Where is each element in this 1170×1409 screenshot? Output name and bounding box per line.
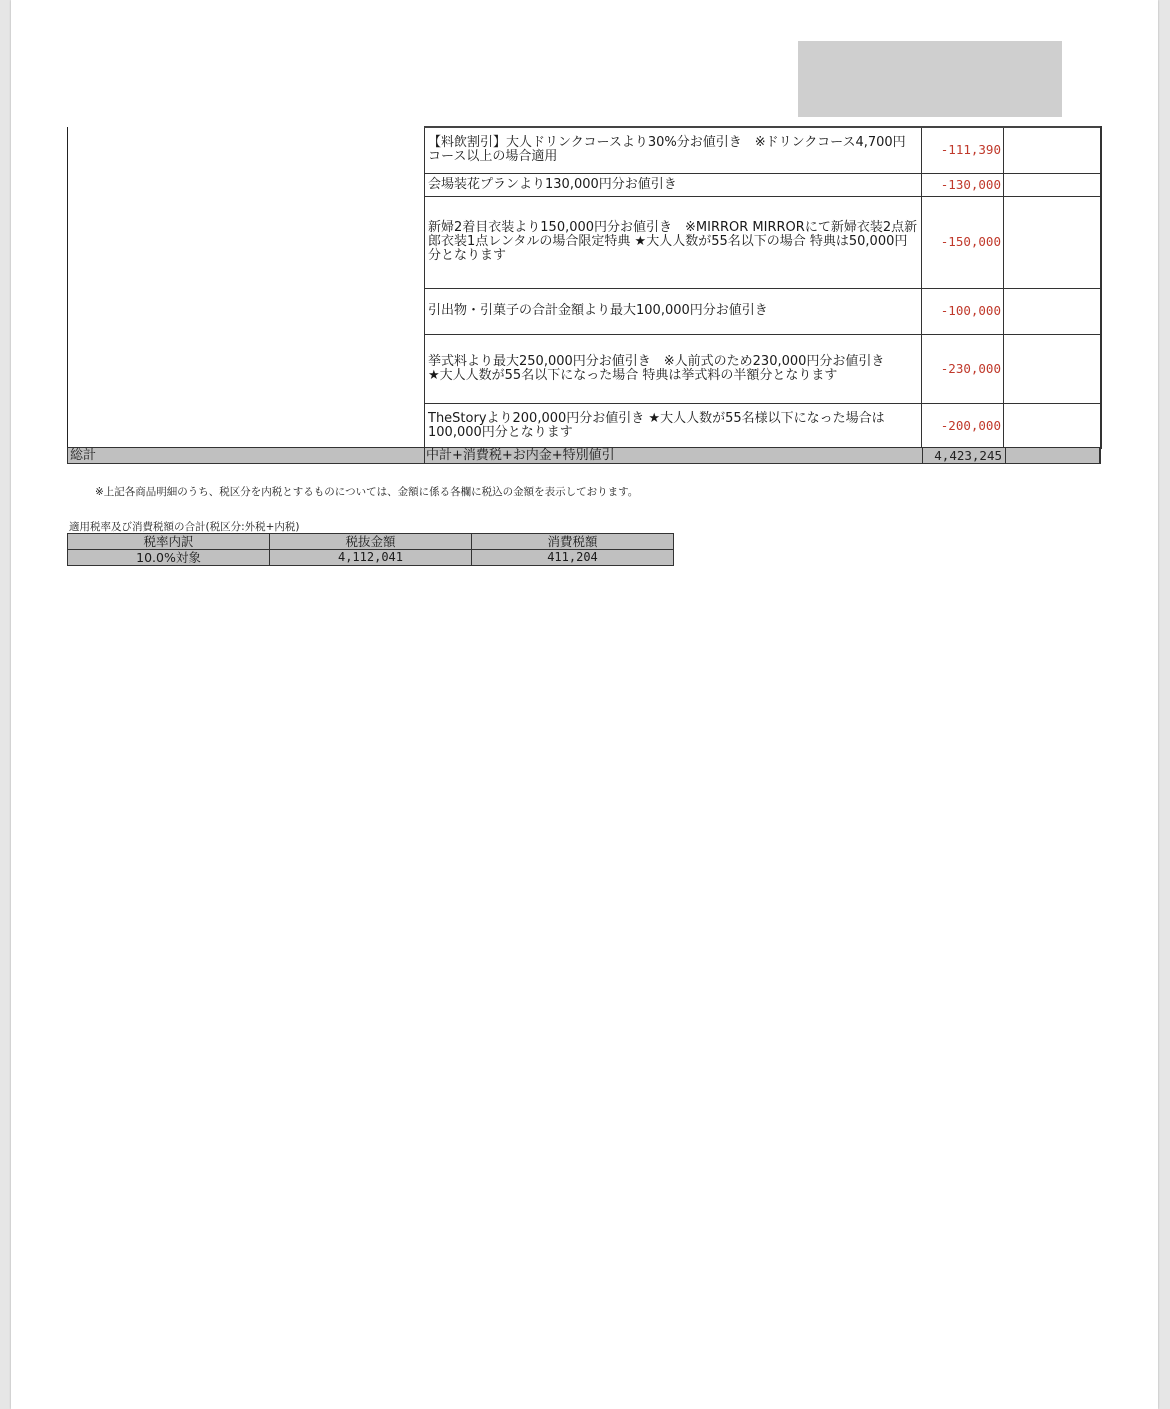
empty-cell (1004, 196, 1102, 288)
table-row: 【料飲割引】大人ドリンクコースより30%分お値引き ※ドリンクコース4,700円… (425, 127, 1102, 173)
table-left-border (67, 127, 68, 447)
discount-amount: -111,390 (922, 127, 1004, 173)
tax-rate-cell: 10.0%対象 (68, 550, 270, 566)
discount-description: 挙式料より最大250,000円分お値引き ※人前式のため230,000円分お値引… (425, 334, 922, 403)
grand-total-label: 総計 (70, 448, 96, 463)
table-row: 引出物・引菓子の合計金額より最大100,000円分お値引き -100,000 (425, 288, 1102, 334)
empty-cell (1004, 288, 1102, 334)
empty-cell (1004, 173, 1102, 196)
grand-total-value: 4,423,245 (922, 448, 1002, 463)
discount-description: 会場装花プランより130,000円分お値引き (425, 173, 922, 196)
discount-amount: -150,000 (922, 196, 1004, 288)
discount-amount: -200,000 (922, 403, 1004, 448)
discount-description: TheStoryより200,000円分お値引き ★大人人数が55名様以下になった… (425, 403, 922, 448)
redacted-area (798, 41, 1062, 117)
empty-cell (1004, 403, 1102, 448)
empty-cell (1004, 334, 1102, 403)
discount-description: 新婦2着目衣装より150,000円分お値引き ※MIRROR MIRRORにて新… (425, 196, 922, 288)
table-row: 10.0%対象 4,112,041 411,204 (68, 550, 674, 566)
divider (1005, 448, 1006, 463)
discount-amount: -100,000 (922, 288, 1004, 334)
table-row: 新婦2着目衣装より150,000円分お値引き ※MIRROR MIRRORにて新… (425, 196, 1102, 288)
grand-total-formula: 中計+消費税+お内金+特別値引 (426, 448, 615, 463)
tax-summary-title: 適用税率及び消費税額の合計(税区分:外税+内税) (69, 519, 300, 534)
divider (424, 448, 425, 463)
tax-header-row: 税率内訳 税抜金額 消費税額 (68, 534, 674, 550)
grand-total-row: 総計 中計+消費税+お内金+特別値引 4,423,245 (67, 447, 1101, 464)
discount-amount: -130,000 (922, 173, 1004, 196)
discount-amount: -230,000 (922, 334, 1004, 403)
tax-header-tax: 消費税額 (472, 534, 674, 550)
tax-inclusive-note: ※上記各商品明細のうち、税区分を内税とするものについては、金額に係る各欄に税込の… (95, 484, 638, 499)
table-row: TheStoryより200,000円分お値引き ★大人人数が55名様以下になった… (425, 403, 1102, 448)
tax-header-rate: 税率内訳 (68, 534, 270, 550)
discount-description: 引出物・引菓子の合計金額より最大100,000円分お値引き (425, 288, 922, 334)
pretax-amount-cell: 4,112,041 (270, 550, 472, 566)
tax-header-pretax: 税抜金額 (270, 534, 472, 550)
table-row: 会場装花プランより130,000円分お値引き -130,000 (425, 173, 1102, 196)
discount-table: 【料飲割引】大人ドリンクコースより30%分お値引き ※ドリンクコース4,700円… (424, 126, 1102, 449)
discount-description: 【料飲割引】大人ドリンクコースより30%分お値引き ※ドリンクコース4,700円… (425, 127, 922, 173)
table-row: 挙式料より最大250,000円分お値引き ※人前式のため230,000円分お値引… (425, 334, 1102, 403)
tax-amount-cell: 411,204 (472, 550, 674, 566)
empty-cell (1004, 127, 1102, 173)
tax-summary-table: 税率内訳 税抜金額 消費税額 10.0%対象 4,112,041 411,204 (67, 533, 674, 566)
